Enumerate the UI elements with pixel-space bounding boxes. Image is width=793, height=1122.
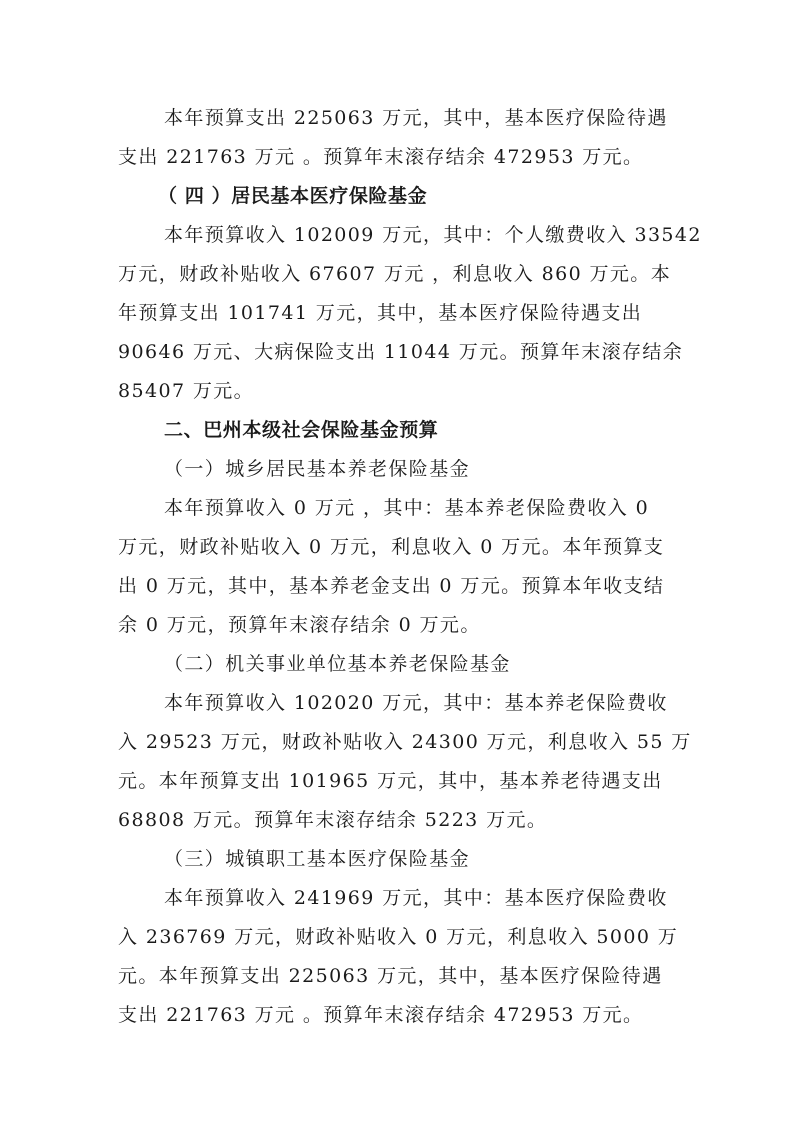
paragraph-line: 68808 万元。预算年末滚存结余 5223 万元。 [118,805,698,835]
paragraph-line: 余 0 万元，预算年末滚存结余 0 万元。 [118,610,698,640]
paragraph-line: 万元，财政补贴收入 67607 万元 ，利息收入 860 万元。本 [118,259,698,289]
subsection-heading-3: （三）城镇职工基本医疗保险基金 [164,844,744,874]
paragraph-line: 元。本年预算支出 225063 万元，其中，基本医疗保险待遇 [118,961,698,991]
document-page: 本年预算支出 225063 万元，其中，基本医疗保险待遇 支出 221763 万… [0,0,793,1122]
section-heading-4: （ 四 ）居民基本医疗保险基金 [158,181,738,211]
paragraph-line: 本年预算收入 102009 万元，其中：个人缴费收入 33542 [164,220,744,250]
paragraph-line: 入 236769 万元，财政补贴收入 0 万元，利息收入 5000 万 [118,922,698,952]
paragraph-line: 本年预算收入 102020 万元，其中：基本养老保险费收 [164,688,744,718]
paragraph-line: 本年预算收入 241969 万元，其中：基本医疗保险费收 [164,883,744,913]
paragraph-line: 元。本年预算支出 101965 万元，其中，基本养老待遇支出 [118,766,698,796]
paragraph-line: 入 29523 万元，财政补贴收入 24300 万元，利息收入 55 万 [118,727,698,757]
paragraph-line: 本年预算收入 0 万元 ，其中：基本养老保险费收入 0 [164,493,744,523]
paragraph-line: 本年预算支出 225063 万元，其中，基本医疗保险待遇 [164,103,744,133]
paragraph-line: 支出 221763 万元 。预算年末滚存结余 472953 万元。 [118,142,698,172]
paragraph-line: 年预算支出 101741 万元，其中，基本医疗保险待遇支出 [118,298,698,328]
paragraph-line: 85407 万元。 [118,376,698,406]
chapter-heading-2: 二、巴州本级社会保险基金预算 [164,415,744,445]
paragraph-line: 出 0 万元，其中，基本养老金支出 0 万元。预算本年收支结 [118,571,698,601]
subsection-heading-1: （一）城乡居民基本养老保险基金 [164,454,744,484]
paragraph-line: 支出 221763 万元 。预算年末滚存结余 472953 万元。 [118,1000,698,1030]
subsection-heading-2: （二）机关事业单位基本养老保险基金 [164,649,744,679]
paragraph-line: 90646 万元、大病保险支出 11044 万元。预算年末滚存结余 [118,337,698,367]
paragraph-line: 万元，财政补贴收入 0 万元，利息收入 0 万元。本年预算支 [118,532,698,562]
